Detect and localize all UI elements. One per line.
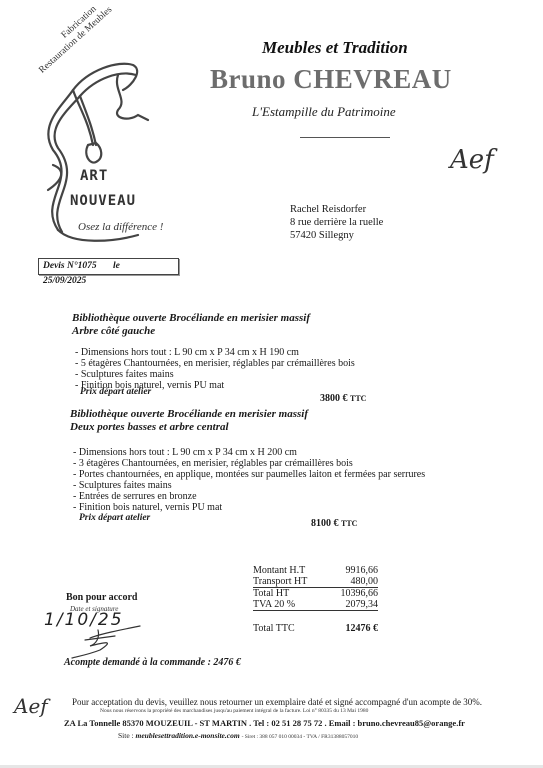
recipient-address: Rachel Reisdorfer 8 rue derrière la ruel… [290, 203, 383, 242]
footer-contact: ZA La Tonnelle 85370 MOUZEUIL - ST MARTI… [64, 718, 465, 728]
company-motto: L'Estampille du Patrimoine [252, 104, 396, 120]
totals-label: Transport HT [253, 576, 307, 587]
item-2-subtitle: Deux portes basses et arbre central [70, 421, 308, 434]
item-1-price-suffix: TTC [350, 394, 366, 403]
item-2-detail: - 3 étagères Chantournées, en merisier, … [73, 458, 425, 469]
item-2-title-line1: Bibliothèque ouverte Brocéliande en meri… [70, 408, 308, 421]
totals-row-total-ttc: Total TTC 12476 € [253, 623, 378, 634]
totals-value: 480,00 [351, 576, 379, 587]
item-2-title: Bibliothèque ouverte Brocéliande en meri… [70, 408, 308, 434]
deposit-requested: Acompte demandé à la commande : 2476 € [64, 657, 241, 668]
totals-row-montant-ht: Montant H.T 9916,66 [253, 565, 378, 576]
totals-value: 2079,34 [346, 599, 379, 610]
item-1-price-value: 3800 € [320, 393, 348, 404]
item-1-detail: - Sculptures faites mains [75, 369, 355, 380]
logo-nouveau-text: NOUVEAU [70, 193, 136, 209]
totals-row-total-ht: Total HT 10396,66 [253, 588, 378, 599]
signature-icon [60, 620, 150, 660]
totals-row-transport-ht: Transport HT 480,00 [253, 576, 378, 588]
item-1-title: Bibliothèque ouverte Brocéliande en meri… [72, 312, 310, 338]
totals-row-tva: TVA 20 % 2079,34 [253, 599, 378, 611]
item-1-detail: - 5 étagères Chantournées, en merisier, … [75, 358, 355, 369]
totals-label: TVA 20 % [253, 599, 295, 610]
quote-number: Devis N°1075 [43, 261, 97, 271]
recipient-street: 8 rue derrière la ruelle [290, 216, 383, 229]
totals-label: Montant H.T [253, 565, 305, 576]
footer-site-link[interactable]: meublesettradition.e-monsite.com [136, 731, 240, 740]
item-1-detail: - Dimensions hors tout : L 90 cm x P 34 … [75, 347, 355, 358]
item-2-price: 8100 € TTC [311, 518, 357, 529]
item-2-detail: - Entrées de serrures en bronze [73, 491, 425, 502]
header-divider [300, 137, 390, 138]
item-2-detail: - Finition bois naturel, vernis PU mat [73, 502, 425, 513]
agreement-title: Bon pour accord [66, 592, 138, 603]
totals-label: Total TTC [253, 623, 295, 634]
company-name: Bruno CHEVREAU [210, 64, 452, 95]
brand-script-title: Meubles et Tradition [262, 38, 408, 58]
footer-acceptance-note: Pour acceptation du devis, veuillez nous… [72, 697, 482, 707]
recipient-city: 57420 Sillegny [290, 229, 383, 242]
item-1-details: - Dimensions hors tout : L 90 cm x P 34 … [75, 347, 355, 391]
item-2-price-value: 8100 € [311, 518, 339, 529]
item-2-details: - Dimensions hors tout : L 90 cm x P 34 … [73, 447, 425, 513]
item-1-title-line1: Bibliothèque ouverte Brocéliande en meri… [72, 312, 310, 325]
item-2-detail: - Dimensions hors tout : L 90 cm x P 34 … [73, 447, 425, 458]
totals-value: 10396,66 [341, 588, 379, 599]
item-1-price: 3800 € TTC [320, 393, 366, 404]
logo-art-text: ART [80, 168, 108, 184]
quote-number-box: Devis N°1075 le 25/09/2025 [38, 258, 179, 275]
footer-legal-note: Nous nous réservons la propriété des mar… [100, 708, 368, 714]
item-1-price-label: Prix départ atelier [80, 387, 151, 397]
item-2-price-suffix: TTC [341, 519, 357, 528]
totals-table: Montant H.T 9916,66 Transport HT 480,00 … [253, 565, 378, 634]
item-2-detail: - Portes chantournées, en applique, mont… [73, 469, 425, 480]
recipient-name: Rachel Reisdorfer [290, 203, 383, 216]
aef-logo-icon: Aef [450, 145, 494, 175]
item-2-price-label: Prix départ atelier [79, 513, 150, 523]
totals-value: 9916,66 [346, 565, 379, 576]
aef-footer-logo-icon: Aef [14, 694, 48, 718]
footer-site-line: Site : meublesettradition.e-monsite.com … [118, 731, 358, 740]
totals-label: Total HT [253, 588, 289, 599]
footer-siret-tva: - Siret : 388 057 010 00034 - TVA / FR31… [242, 734, 359, 740]
footer-site-label: Site : [118, 731, 134, 740]
totals-value: 12476 € [346, 623, 379, 634]
logo-tagline: Osez la différence ! [78, 221, 163, 233]
item-2-detail: - Sculptures faites mains [73, 480, 425, 491]
item-1-subtitle: Arbre côté gauche [72, 325, 310, 338]
